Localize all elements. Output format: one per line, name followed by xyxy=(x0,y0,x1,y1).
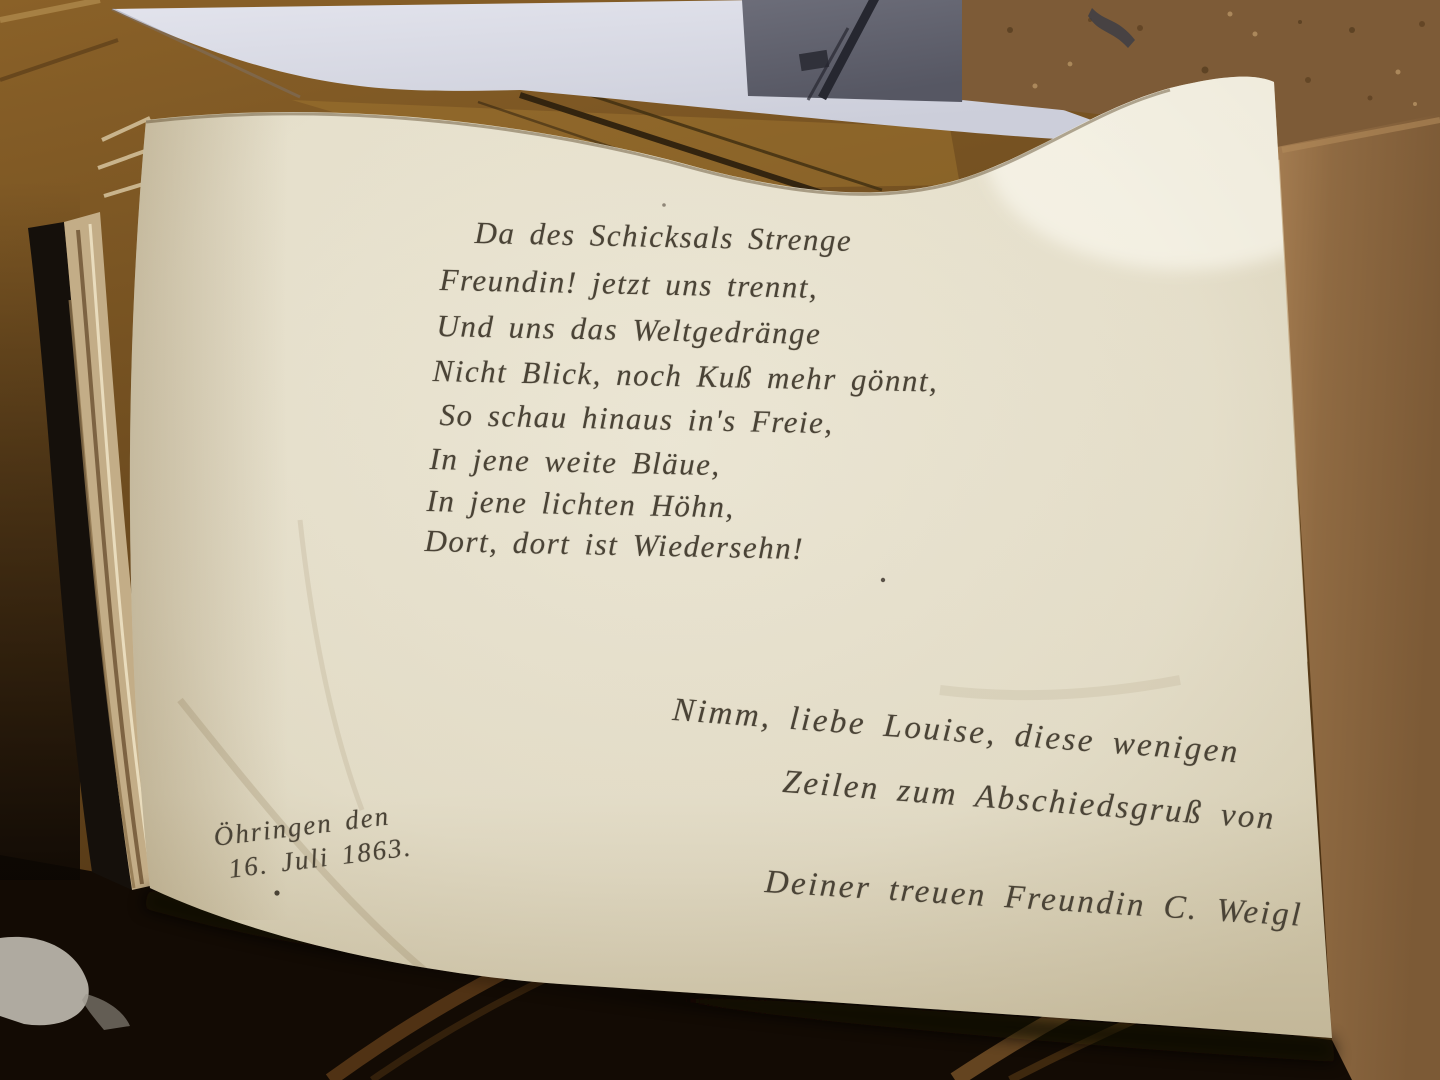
ink-speck xyxy=(881,578,885,582)
photo-of-album-page: Da des Schicksals Strenge Freundin! jetz… xyxy=(0,0,1440,1080)
poem-line: In jene lichten Höhn, xyxy=(426,483,735,525)
poem-line: In jene weite Bläue, xyxy=(429,441,721,483)
ink-speck xyxy=(274,890,279,895)
grey-card xyxy=(742,0,978,102)
ink-speck xyxy=(662,203,666,207)
